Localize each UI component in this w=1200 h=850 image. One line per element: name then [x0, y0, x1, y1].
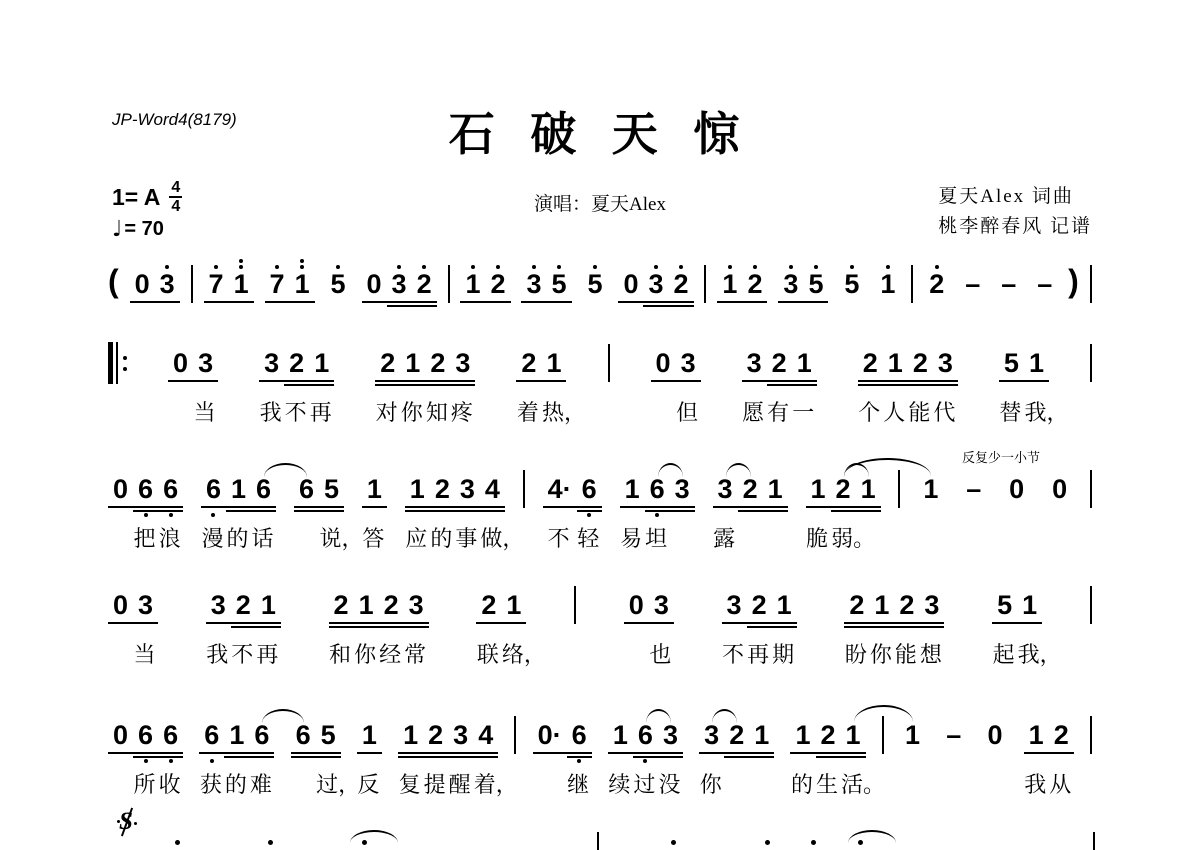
note-beam: 3: [670, 474, 695, 508]
lyric-char: [961, 522, 986, 552]
lyric-char: 你: [354, 638, 379, 668]
lyric-char: 坦: [645, 522, 670, 552]
note: 1: [875, 257, 900, 316]
note-digit: 4: [478, 720, 493, 750]
lyric-text: 易: [620, 522, 642, 553]
music-system-intro: (0371715032123550321235512–––): [108, 257, 1092, 316]
octave-dot: [811, 840, 816, 845]
note: 1我: [1024, 708, 1049, 798]
note: 6收: [158, 708, 183, 798]
lyric-char: 对: [375, 396, 400, 426]
note-group: 12: [460, 257, 510, 316]
note-digit: 2: [521, 348, 536, 378]
lyric-char: [900, 768, 925, 798]
note-beam: 5: [803, 269, 828, 303]
note-beam: 6: [158, 720, 183, 754]
note: 3疼: [450, 336, 475, 426]
octave-dot-below: [655, 513, 659, 521]
note-beam: 3: [713, 474, 738, 508]
note-digit: 1: [880, 269, 895, 299]
lyric-text: 提: [424, 768, 446, 799]
music-system-chorus2: 06所6收6获1的6难65过，1反1复2提3醒4着，0·6继1续6过3没3你21…: [108, 708, 1092, 798]
note-group: 3我2不1再: [206, 578, 281, 668]
lyric-char: [533, 768, 567, 798]
note: 1: [290, 257, 315, 316]
note-beam: 0: [1047, 474, 1072, 508]
lyric-char: 再: [256, 638, 281, 668]
lyric-text: 答: [362, 522, 384, 553]
note-digit: 0·: [538, 720, 562, 750]
lyric-char: 常: [404, 638, 429, 668]
octave-dots-above: [753, 257, 757, 269]
note-beam: 2: [375, 348, 400, 382]
lyric-text: 你: [700, 768, 722, 799]
note: 5: [326, 257, 351, 316]
note-digit: 3: [409, 590, 424, 620]
lyric-text: 获: [200, 768, 222, 799]
octave-dots-above: [557, 257, 561, 269]
note: 0: [1047, 462, 1072, 552]
lyric-char: 事: [455, 522, 480, 552]
note: 1复: [398, 708, 423, 798]
lyric-char: [108, 522, 133, 552]
note-digit: 1: [367, 474, 382, 504]
note: 1的: [224, 708, 249, 798]
barline: [514, 716, 516, 754]
barline: [574, 586, 576, 624]
note-beam: 7: [204, 269, 229, 303]
note-beam: –: [960, 269, 985, 303]
note-digit: 1: [768, 474, 783, 504]
note-beam: 1: [405, 474, 430, 508]
barline: [523, 470, 525, 508]
lyric-text: 疼: [451, 396, 473, 427]
barline: [608, 344, 610, 382]
note: 2不: [284, 336, 309, 426]
lyric-char: 弱。: [831, 522, 856, 552]
note-beam: 2: [430, 474, 455, 508]
lyric-text: 经: [379, 638, 401, 669]
lyric-text: 当: [194, 396, 216, 427]
lyric-text: 过，: [316, 768, 360, 799]
note-beam: 2: [425, 348, 450, 382]
lyric-text: 我: [1024, 768, 1046, 799]
octave-dots-above: [336, 257, 340, 269]
note-beam: 5: [326, 269, 351, 303]
note: 0: [1004, 462, 1029, 552]
lyric-char: 获: [199, 768, 224, 798]
note-digit: 0: [656, 348, 671, 378]
lyric-char: 我，: [1024, 396, 1049, 426]
note-group: 71: [204, 257, 254, 316]
note-digit: –: [1037, 269, 1052, 299]
lyric-char: 没: [658, 768, 683, 798]
note: 1期: [772, 578, 797, 668]
note-digit: –: [1001, 269, 1016, 299]
lyric-char: 当: [133, 638, 158, 668]
lyric-text: 再: [747, 638, 769, 669]
note: 0: [108, 578, 133, 668]
lyric-text: 复: [399, 768, 421, 799]
note-beam: 3: [699, 720, 724, 754]
lyric-text: 常: [404, 638, 426, 669]
note: 5: [803, 257, 828, 316]
note-beam: 1: [717, 269, 742, 303]
note-digit: 2: [913, 348, 928, 378]
note: 1的: [226, 462, 251, 552]
note-beam: 1: [1024, 348, 1049, 382]
octave-dots-above: [471, 257, 475, 269]
octave-dots-above: [850, 257, 854, 269]
lyric-char: 你: [699, 768, 724, 798]
time-signature: 4 4: [169, 180, 182, 214]
note-beam: 3: [778, 269, 803, 303]
note: 5: [547, 257, 572, 316]
note-group: 2联1络，: [476, 578, 526, 668]
lyric-char: [1004, 522, 1029, 552]
note-beam: 1: [856, 474, 881, 508]
note-beam: 1: [1017, 590, 1042, 624]
note-digit: 0: [113, 590, 128, 620]
note-beam: 2: [747, 590, 772, 624]
note: 5过，: [316, 708, 341, 798]
note-digit: 1: [923, 474, 938, 504]
note: 2经: [379, 578, 404, 668]
lyric-char: 愿: [742, 396, 767, 426]
note: 3但: [676, 336, 701, 426]
note: 1你: [400, 336, 425, 426]
note-digit: 1: [410, 474, 425, 504]
lyric-text: 我，: [1024, 396, 1068, 427]
note-group: 1反: [357, 708, 382, 798]
lyric-text: 的: [791, 768, 813, 799]
lyric-char: 难: [249, 768, 274, 798]
note-digit: 0: [1009, 474, 1024, 504]
note-digit: 2: [236, 590, 251, 620]
note-digit: 3: [392, 269, 407, 299]
note-digit: 6: [299, 474, 314, 504]
note-beam: 0: [982, 720, 1007, 754]
note: 3常: [404, 578, 429, 668]
lyric-text: 着: [517, 396, 539, 427]
lyric-text: 所: [134, 768, 156, 799]
lyric-char: 但: [676, 396, 701, 426]
note-beam: 6: [133, 720, 158, 754]
note: 6轻: [577, 462, 602, 552]
note-digit: 6: [254, 720, 269, 750]
barline: [597, 832, 599, 850]
lyric-char: 代: [933, 396, 958, 426]
lyric-char: [749, 768, 774, 798]
note-beam: 3: [193, 348, 218, 382]
note-group: 2和1你2经3常: [329, 578, 429, 668]
note-beam: 2: [231, 590, 256, 624]
lyric-text: 但: [676, 396, 698, 427]
note-group: 0·6继: [533, 708, 592, 798]
note: 1再: [256, 578, 281, 668]
slur-arc: [350, 830, 398, 843]
note-beam: 2: [423, 720, 448, 754]
note-beam: 1: [790, 720, 815, 754]
lyric-text: 没: [658, 768, 680, 799]
note-digit: 3: [663, 720, 678, 750]
note: 0: [362, 257, 387, 316]
note-digit: 0: [629, 590, 644, 620]
quarter-note-icon: ♩: [112, 217, 122, 242]
note-digit: 6: [572, 720, 587, 750]
note-digit: 0: [113, 720, 128, 750]
note-digit: 1: [846, 720, 861, 750]
note: 1: [749, 708, 774, 798]
note-beam: 1: [792, 348, 817, 382]
lyric-char: 不: [543, 522, 577, 552]
note-digit: 1: [861, 474, 876, 504]
lyric-text: 过: [633, 768, 655, 799]
lyric-char: [724, 768, 749, 798]
lyric-char: 替: [999, 396, 1024, 426]
note-digit: 7: [209, 269, 224, 299]
note-digit: 3: [453, 720, 468, 750]
octave-dot: [123, 367, 127, 371]
music-system-verse1: 03当3我2不1再2对1你2知3疼2着1热，03但3愿2有1一2个1人2能3代5…: [108, 336, 1092, 426]
lyric-char: 提: [423, 768, 448, 798]
note-digit: 3: [198, 348, 213, 378]
lyric-text: 你: [870, 638, 892, 669]
note-beam: 2: [329, 590, 354, 624]
note-digit: 2: [435, 474, 450, 504]
note-digit: 6: [296, 720, 311, 750]
octave-dots-above: [165, 257, 169, 269]
note: 6获: [199, 708, 224, 798]
lyric-text: 不: [231, 638, 253, 669]
note-digit: 3: [138, 590, 153, 620]
note-beam: 1: [918, 474, 943, 508]
credit-transcriber: 桃李醉春风 记谱: [938, 212, 1092, 242]
note: 1再: [309, 336, 334, 426]
credit-lyrics-music: 夏天Alex 词曲: [938, 182, 1092, 212]
note-group: –: [996, 257, 1021, 316]
note-beam: 0: [362, 269, 387, 303]
lyric-char: 个: [858, 396, 883, 426]
note-digit: 2: [384, 590, 399, 620]
note: 0: [624, 578, 649, 668]
note-digit: 1: [795, 720, 810, 750]
octave-dot: [210, 759, 214, 763]
note-digit: 2: [1054, 720, 1069, 750]
parenthesis: (: [108, 264, 119, 298]
page-title: 石 破 天 惊: [0, 98, 1200, 164]
note-digit: 2: [899, 590, 914, 620]
note-group: 0: [1004, 462, 1029, 552]
note-group: 03当: [108, 578, 158, 668]
lyric-text: 着，: [474, 768, 518, 799]
note-beam: 1: [362, 474, 387, 508]
lyric-char: 复: [398, 768, 423, 798]
lyric-char: 盼: [844, 638, 869, 668]
note-digit: 0: [173, 348, 188, 378]
octave-dots-above: [728, 257, 732, 269]
note-group: 0: [982, 708, 1007, 798]
note: 1反: [357, 708, 382, 798]
note-digit: 1: [1029, 348, 1044, 378]
lyric-char: 能: [894, 638, 919, 668]
lyric-char: 生: [816, 768, 841, 798]
lyric-text: 的: [430, 522, 452, 553]
note-beam: 2: [516, 348, 541, 382]
note: 6浪: [158, 462, 183, 552]
note-digit: 2: [743, 474, 758, 504]
octave-dot-below: [210, 759, 214, 767]
note-beam: 2: [669, 269, 694, 303]
note-digit: 0: [623, 269, 638, 299]
lyric-text: 替: [999, 396, 1021, 427]
slur-arc: [844, 458, 931, 476]
note-beam: 1: [749, 720, 774, 754]
note-beam: 2: [894, 590, 919, 624]
note-beam: 3: [404, 590, 429, 624]
parenthesis: ): [1068, 264, 1079, 298]
lyric-text: 对: [376, 396, 398, 427]
octave-dot-below: [144, 513, 148, 521]
note: 1你: [869, 578, 894, 668]
note-digit: 1: [777, 590, 792, 620]
note: 6继: [567, 708, 592, 798]
note-digit: 2: [752, 590, 767, 620]
note-digit: 3: [160, 269, 175, 299]
lyric-char: [291, 768, 316, 798]
lyric-char: 从: [1049, 768, 1074, 798]
slur-arc: [848, 830, 896, 843]
note-group: 2个1人2能3代: [858, 336, 958, 426]
note-digit: 2: [674, 269, 689, 299]
music-systems: (0371715032123550321235512–––)03当3我2不1再2…: [108, 257, 1092, 798]
lyric-char: [168, 396, 193, 426]
lyric-text: 络，: [502, 638, 546, 669]
lyric-char: 反: [357, 768, 382, 798]
note: 2知: [425, 336, 450, 426]
note-beam: 1: [763, 474, 788, 508]
lyric-char: 疼: [450, 396, 475, 426]
note-digit: 2: [929, 269, 944, 299]
note: 0: [108, 708, 133, 798]
lyric-text: 不: [722, 638, 744, 669]
note-group: 1复2提3醒4着，: [398, 708, 498, 798]
lyric-text: 能: [908, 396, 930, 427]
note: 2不: [231, 578, 256, 668]
barline: [1090, 265, 1092, 303]
note: 2再: [747, 578, 772, 668]
note-digit: 3: [938, 348, 953, 378]
note-beam: 5: [999, 348, 1024, 382]
note-beam: 2: [476, 590, 501, 624]
note-beam: 0: [130, 269, 155, 303]
note-digit: 3: [924, 590, 939, 620]
lyric-char: 漫: [201, 522, 226, 552]
lyric-text: 继: [567, 768, 589, 799]
note-group: 1答: [362, 462, 387, 552]
note-digit: –: [966, 474, 981, 504]
octave-dots-above: [886, 257, 890, 269]
note-digit: 3: [211, 590, 226, 620]
lyric-char: [941, 768, 966, 798]
note-beam: 1: [290, 269, 315, 303]
note-digit: 1: [613, 720, 628, 750]
note: 5起: [992, 578, 1017, 668]
note-digit: 1: [546, 348, 561, 378]
note: 6漫: [201, 462, 226, 552]
note-beam: 6: [199, 720, 224, 754]
note-digit: 3: [455, 348, 470, 378]
octave-dot: [239, 259, 243, 263]
note: 1脆: [806, 462, 831, 552]
note-digit: 0: [987, 720, 1002, 750]
note-digit: 1: [888, 348, 903, 378]
note-digit: 6: [206, 474, 221, 504]
lyric-char: [624, 638, 649, 668]
note: 6所: [133, 708, 158, 798]
note-beam: 1: [841, 720, 866, 754]
note-beam: 6: [158, 474, 183, 508]
octave-dots-above: [397, 257, 401, 269]
note-digit: 1: [261, 590, 276, 620]
lyric-char: [918, 522, 943, 552]
note-digit: 1: [231, 474, 246, 504]
lyric-text: 一: [792, 396, 814, 427]
octave-dot: [144, 513, 148, 517]
lyric-text: 说，: [319, 522, 363, 553]
lyric-text: 你: [401, 396, 423, 427]
lyric-char: 话: [251, 522, 276, 552]
note-beam: 1: [224, 720, 249, 754]
lyric-text: 代: [933, 396, 955, 427]
note-beam: 1: [398, 720, 423, 754]
note-digit: 3: [727, 590, 742, 620]
lyric-char: 联: [476, 638, 501, 668]
lyric-char: 着: [516, 396, 541, 426]
note-digit: 3: [654, 590, 669, 620]
barline: [1090, 586, 1092, 624]
lyric-char: 起: [992, 638, 1017, 668]
note-beam: 3: [387, 269, 412, 303]
note-beam: 1: [883, 348, 908, 382]
note-beam: 3: [155, 269, 180, 303]
note-beam: 6: [291, 720, 316, 754]
lyric-text: 不: [548, 522, 570, 553]
lyric-char: 露: [713, 522, 738, 552]
lyric-text: 收: [159, 768, 181, 799]
note-beam: 3: [448, 720, 473, 754]
note-digit: 1: [811, 474, 826, 504]
segno-icon: S: [116, 808, 138, 838]
note: 0: [130, 257, 155, 316]
note: 2: [412, 257, 437, 316]
note-group: 03但: [651, 336, 701, 426]
lyric-char: 把: [133, 522, 158, 552]
note-group: 3不2再1期: [722, 578, 797, 668]
lyric-text: 醒: [449, 768, 471, 799]
lyric-char: 的: [790, 768, 815, 798]
note-beam: 0: [618, 269, 643, 303]
lyric-text: 我: [260, 396, 282, 427]
lyric-text: 和: [329, 638, 351, 669]
note-beam: 2: [284, 348, 309, 382]
note-beam: 0·: [533, 720, 567, 754]
lyric-char: 着，: [473, 768, 498, 798]
note-digit: 2: [430, 348, 445, 378]
note: –: [960, 257, 985, 316]
note: –: [941, 708, 966, 798]
repeat-start-sign: [108, 342, 127, 384]
